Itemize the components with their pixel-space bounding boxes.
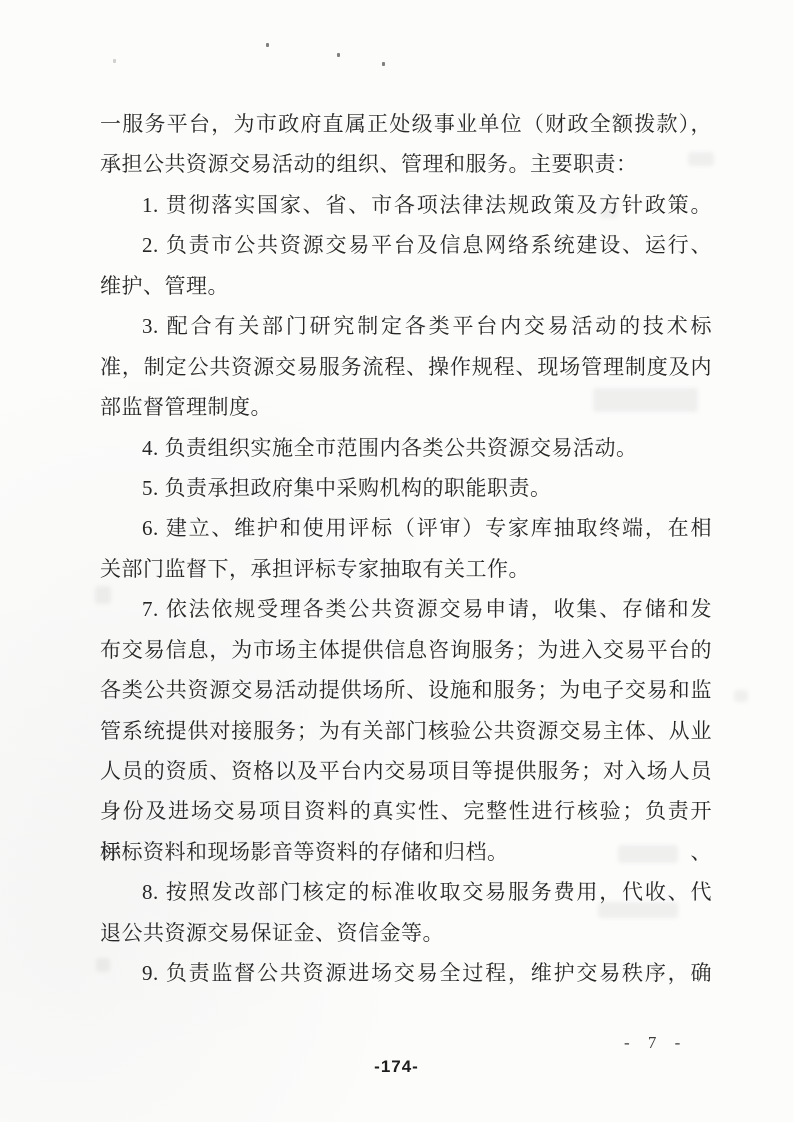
text-line: 承担公共资源交易活动的组织、管理和服务。主要职责：	[100, 144, 712, 184]
document-page: 一服务平台，为市政府直属正处级事业单位（财政全额拨款），承担公共资源交易活动的组…	[0, 0, 793, 1122]
text-line: 身份及进场交易项目资料的真实性、完整性进行核验；负责开标、	[100, 791, 712, 831]
book-page-number: -174-	[0, 1057, 793, 1077]
text-line: 5. 负责承担政府集中采购机构的职能职责。	[100, 468, 712, 508]
text-block: 一服务平台，为市政府直属正处级事业单位（财政全额拨款），承担公共资源交易活动的组…	[100, 104, 712, 994]
scan-speck	[382, 62, 385, 66]
text-line: 管系统提供对接服务；为有关部门核验公共资源交易主体、从业	[100, 711, 712, 751]
scan-speck	[337, 53, 340, 57]
text-line: 8. 按照发改部门核定的标准收取交易服务费用，代收、代	[100, 872, 712, 912]
text-line: 部监督管理制度。	[100, 387, 712, 427]
text-line: 退公共资源交易保证金、资信金等。	[100, 913, 712, 953]
scan-speck	[266, 43, 269, 47]
text-line: 2. 负责市公共资源交易平台及信息网络系统建设、运行、	[100, 225, 712, 265]
text-line: 6. 建立、维护和使用评标（评审）专家库抽取终端，在相	[100, 508, 712, 548]
text-line: 布交易信息，为市场主体提供信息咨询服务；为进入交易平台的	[100, 630, 712, 670]
text-line: 维护、管理。	[100, 266, 712, 306]
text-line: 一服务平台，为市政府直属正处级事业单位（财政全额拨款），	[100, 104, 712, 144]
text-line: 7. 依法依规受理各类公共资源交易申请，收集、存储和发	[100, 589, 712, 629]
scan-artifact	[734, 690, 748, 702]
text-line: 4. 负责组织实施全市范围内各类公共资源交易活动。	[100, 428, 712, 468]
text-line: 关部门监督下，承担评标专家抽取有关工作。	[100, 549, 712, 589]
text-line: 1. 贯彻落实国家、省、市各项法律法规政策及方针政策。	[100, 185, 712, 225]
scan-speck	[113, 59, 116, 63]
text-line: 9. 负责监督公共资源进场交易全过程，维护交易秩序，确	[100, 953, 712, 993]
text-line: 准，制定公共资源交易服务流程、操作规程、现场管理制度及内	[100, 347, 712, 387]
text-line: 人员的资质、资格以及平台内交易项目等提供服务；对入场人员	[100, 751, 712, 791]
text-line: 3. 配合有关部门研究制定各类平台内交易活动的技术标	[100, 306, 712, 346]
section-page-number: - 7 -	[624, 1033, 687, 1053]
text-line: 各类公共资源交易活动提供场所、设施和服务；为电子交易和监	[100, 670, 712, 710]
